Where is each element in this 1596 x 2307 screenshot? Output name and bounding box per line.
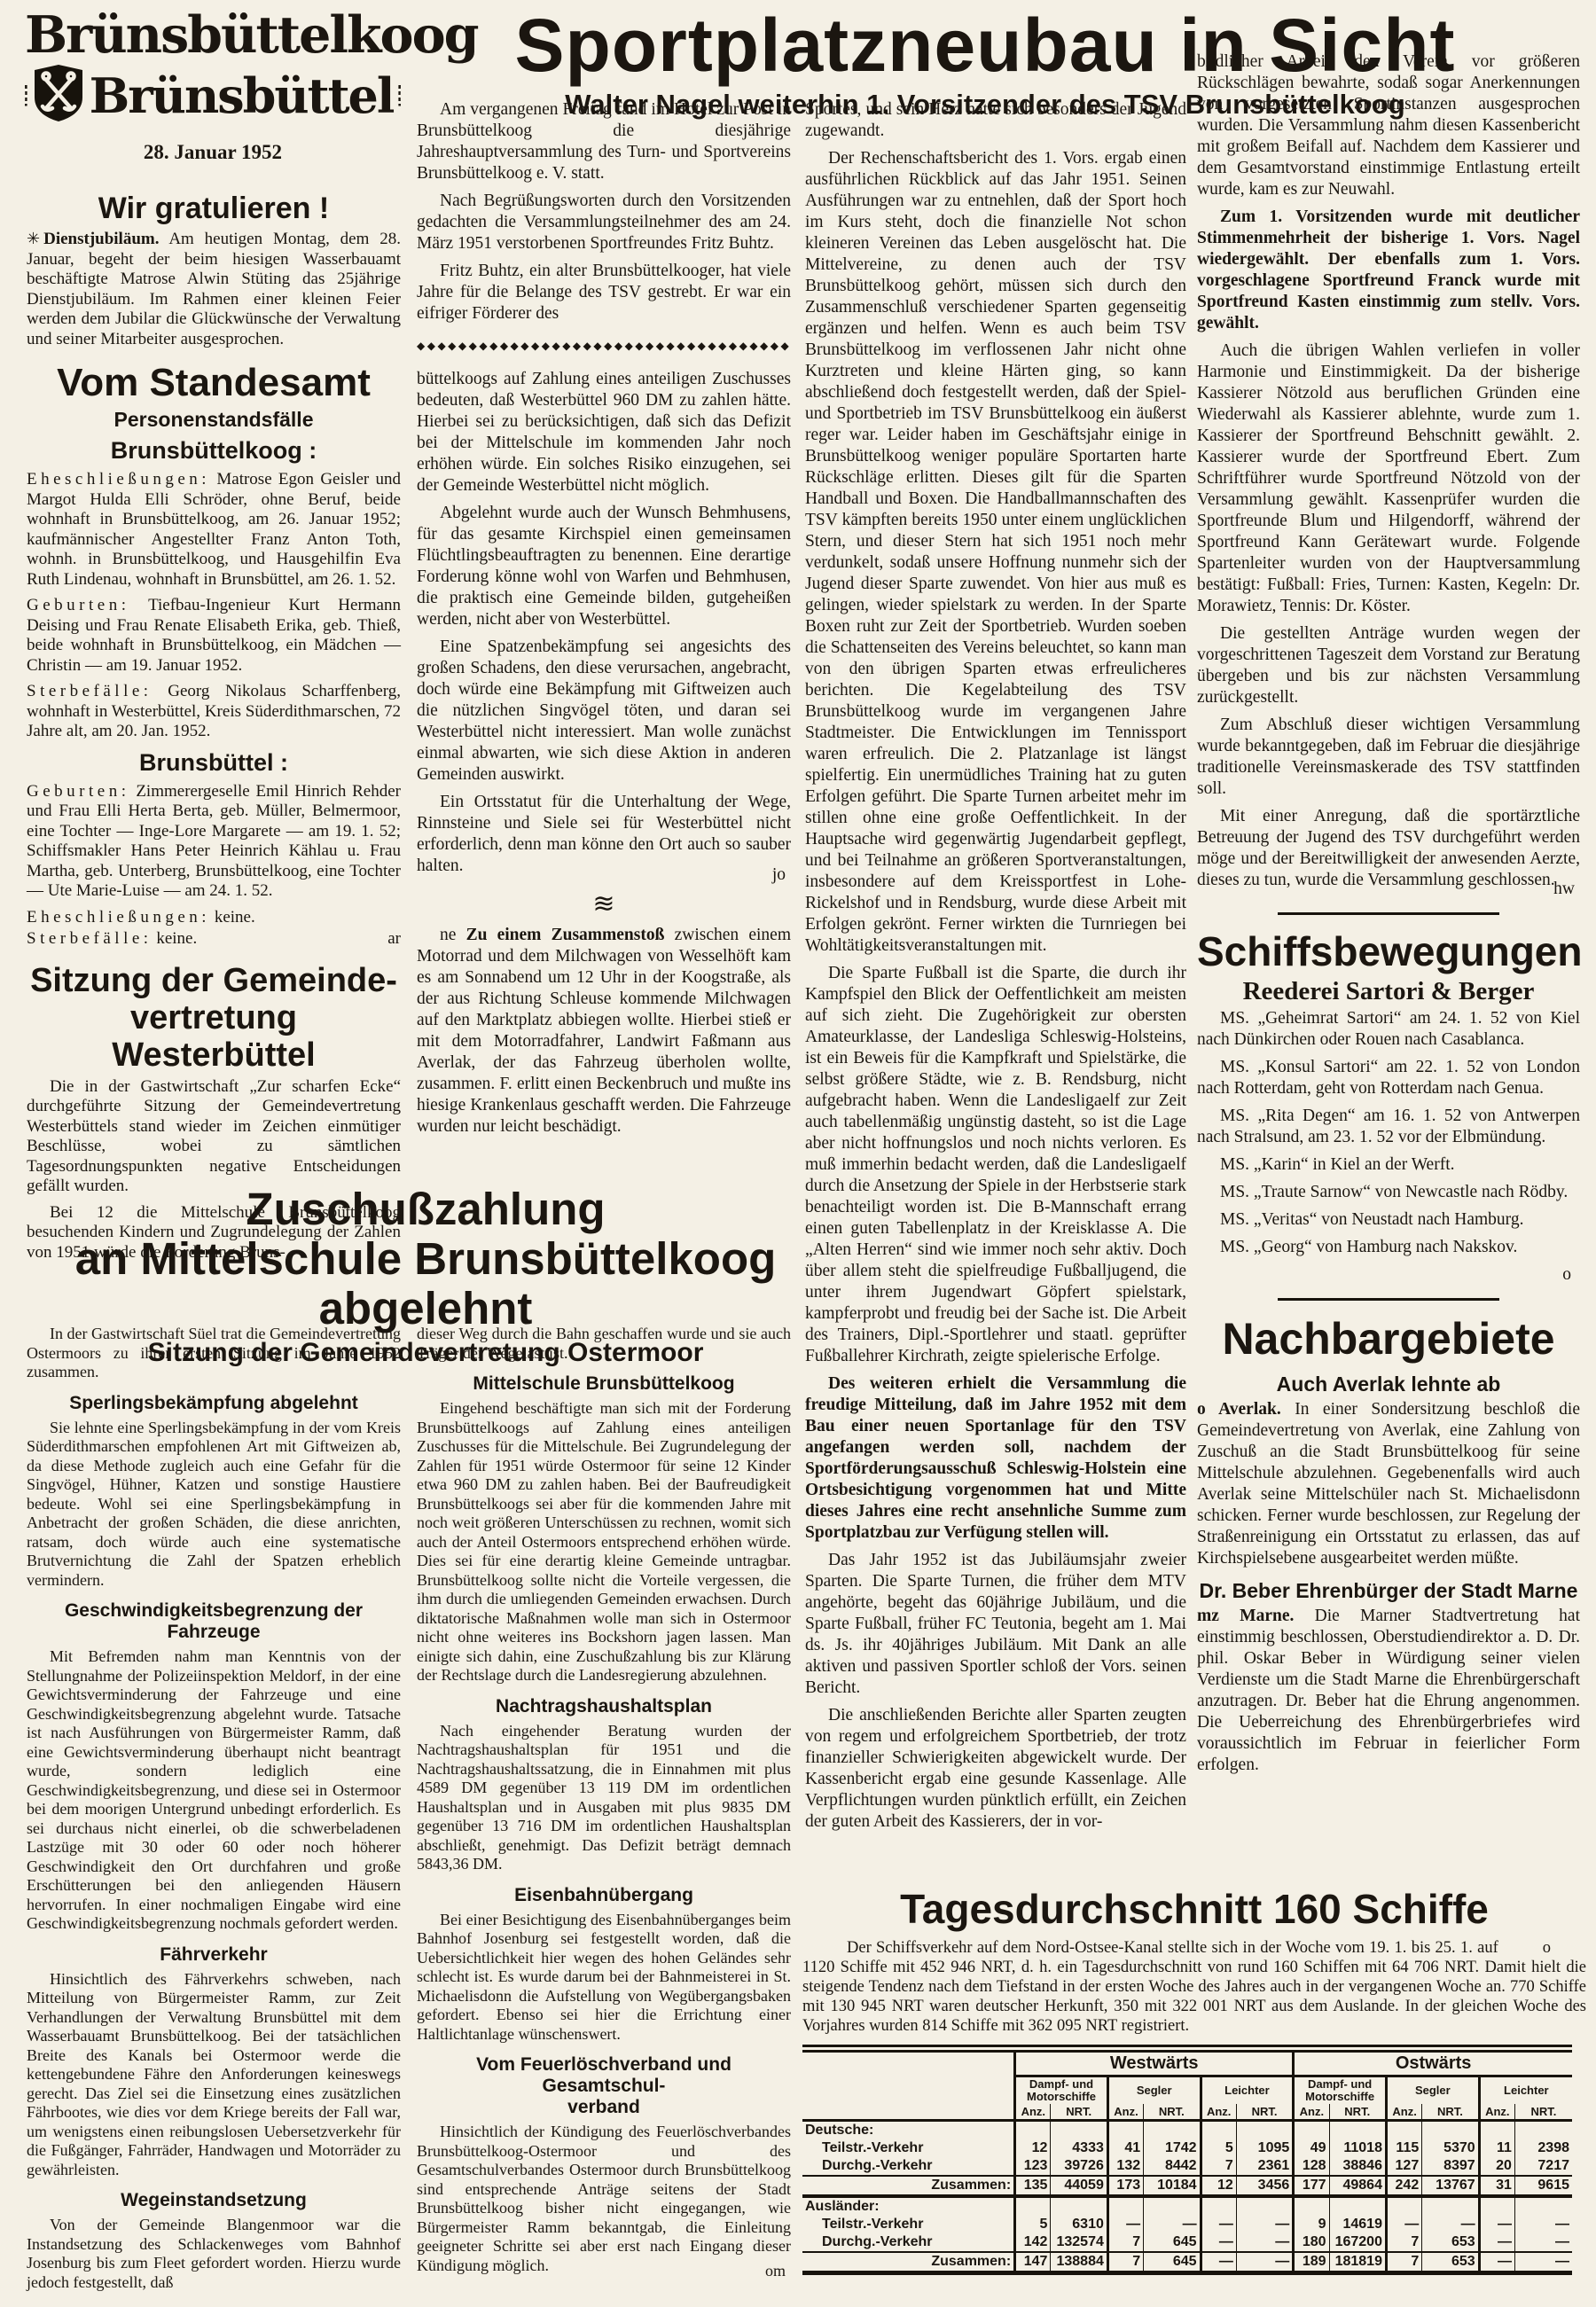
squiggle-divider: ≋ bbox=[417, 893, 791, 916]
registry-entry: Geburten: Tiefbau-Ingenieur Kurt Hermann… bbox=[27, 596, 401, 676]
registry-entry: arSterbefälle: keine. bbox=[27, 929, 401, 950]
article-paragraph: mz Marne. Die Marner Stadtvertretung hat… bbox=[1197, 1606, 1580, 1776]
article-paragraph: Hinsichtlich des Fährverkehrs schweben, … bbox=[27, 1970, 401, 2180]
registry-entry: Eheschließungen: Matrose Egon Geisler un… bbox=[27, 470, 401, 590]
article-paragraph: o Averlak. In einer Sondersitzung beschl… bbox=[1197, 1399, 1580, 1569]
article-paragraph: Auch die übrigen Wahlen verliefen in vol… bbox=[1197, 340, 1580, 617]
kanal-paragraph-wrap: oDer Schiffsverkehr auf dem Nord-Ostsee-… bbox=[802, 1938, 1586, 2036]
subhead-geschwindigkeitsbegrenzung: Geschwindigkeitsbegrenzung der Fahrzeuge bbox=[27, 1600, 401, 1643]
star-ornament-icon: ✳ bbox=[27, 230, 40, 247]
table-section-row: Ausländer: bbox=[802, 2196, 1572, 2216]
article-paragraph: Am vergangenen Freitag fand im Hotel zur… bbox=[417, 99, 791, 184]
kanal-section: Tagesdurchschnitt 160 Schiffe oDer Schif… bbox=[802, 1887, 1586, 2275]
newspaper-page: Brünsbüttelkoog Brünsbüttel bbox=[0, 0, 1596, 2307]
column-2-lower: dieser Weg durch die Bahn geschaffen wur… bbox=[417, 1325, 791, 2281]
correspondent-sig: jo bbox=[417, 864, 791, 886]
article-paragraph: oDer Schiffsverkehr auf dem Nord-Ostsee-… bbox=[802, 1938, 1586, 2036]
section-title-nachbargebiete: Nachbargebiete bbox=[1197, 1315, 1580, 1363]
subhead-faehrverkehr: Fährverkehr bbox=[27, 1944, 401, 1966]
place-heading-brunsbuettel: Brunsbüttel : bbox=[27, 748, 401, 777]
correspondent-sig: ar bbox=[387, 929, 401, 950]
subhead-mittelschule: Mittelschule Brunsbüttelkoog bbox=[417, 1373, 791, 1395]
ship-movement-item: MS. „Karin“ in Kiel an der Werft. bbox=[1197, 1154, 1580, 1176]
article-paragraph: Abgelehnt wurde auch der Wunsch Behmhuse… bbox=[417, 503, 791, 630]
article-paragraph: Das Jahr 1952 ist das Jubiläumsjahr zwei… bbox=[805, 1550, 1186, 1699]
column-1-lower: In der Gastwirtschaft Süel trat die Geme… bbox=[27, 1325, 401, 2297]
article-paragraph: Mit einer Anregung, daß die sportärztlic… bbox=[1197, 806, 1580, 891]
table-row: Teilstr.-Verkehr 56310 —— —— 914619 —— —… bbox=[802, 2216, 1572, 2233]
ship-movement-item: MS. „Konsul Sartori“ am 22. 1. 52 von Lo… bbox=[1197, 1057, 1580, 1099]
ship-movement-item: MS. „Rita Degen“ am 16. 1. 52 von Antwer… bbox=[1197, 1106, 1580, 1148]
table-row: Durchg.-Verkehr 142132574 7645 —— 180167… bbox=[802, 2233, 1572, 2252]
section-divider-rule bbox=[1278, 1298, 1499, 1301]
article-paragraph: büttelkoogs auf Zahlung eines anteiligen… bbox=[417, 369, 791, 497]
section-divider-rule bbox=[1278, 912, 1499, 915]
table-shiptype-header-row: Dampf- und Motorschiffe Segler Leichter … bbox=[802, 2076, 1572, 2105]
column-2-upper: Am vergangenen Freitag fand im Hotel zur… bbox=[417, 99, 791, 1144]
section-title-westerbuettel: Sitzung der Gemeinde- vertretung Westerb… bbox=[27, 962, 401, 1074]
article-paragraph: Der Rechenschaftsbericht des 1. Vors. er… bbox=[805, 148, 1186, 957]
registry-entry: Geburten: Zimmerergeselle Emil Hinrich R… bbox=[27, 782, 401, 902]
masthead: Brünsbüttelkoog Brünsbüttel bbox=[25, 9, 401, 164]
section-title-standesamt: Vom Standesamt bbox=[27, 362, 401, 404]
subhead-feuerloeschverband: Vom Feuerlöschverband und Gesamtschul- v… bbox=[417, 2054, 791, 2118]
section-subtitle: Personenstandsfälle bbox=[27, 408, 401, 431]
ship-movement-item: MS. „Geheimrat Sartori“ am 24. 1. 52 von… bbox=[1197, 1008, 1580, 1051]
article-paragraph: Eingehend beschäftigte man sich mit der … bbox=[417, 1399, 791, 1685]
issue-date: 28. Januar 1952 bbox=[25, 141, 401, 164]
table-row: Teilstr.-Verkehr 124333 411742 51095 491… bbox=[802, 2139, 1572, 2157]
column-4: bildlicher Arbeit den Verein vor größere… bbox=[1197, 51, 1580, 1782]
correspondent-sig: o bbox=[1498, 1938, 1586, 1958]
article-paragraph: Fritz Buhtz, ein alter Brunsbüttelkooger… bbox=[417, 261, 791, 325]
article-paragraph: ne Zu einem Zusammenstoß zwischen einem … bbox=[417, 925, 791, 1138]
ship-movement-item: MS. „Traute Sarnow“ von Newcastle nach R… bbox=[1197, 1182, 1580, 1203]
ship-movement-item: MS. „Georg“ von Hamburg nach Nakskov. bbox=[1197, 1237, 1580, 1258]
section-title-gratulieren: Wir gratulieren ! bbox=[27, 192, 401, 225]
article-paragraph: Die anschließenden Berichte aller Sparte… bbox=[805, 1705, 1186, 1833]
table-header-ostwaerts: Ostwärts bbox=[1294, 2049, 1572, 2076]
masthead-title-line2: Brünsbüttel bbox=[90, 69, 394, 122]
article-paragraph: Bei einer Besichtigung des Eisenbahnüber… bbox=[417, 1911, 791, 2045]
article-paragraph: Hinsichtlich der Kündigung des Feuerlösc… bbox=[417, 2123, 791, 2275]
article-paragraph: Von der Gemeinde Blangenmoor war die Ins… bbox=[27, 2216, 401, 2292]
article-paragraph-bold: Des weiteren erhielt die Versammlung die… bbox=[805, 1373, 1186, 1544]
section-title-schiffsbewegungen: Schiffsbewegungen bbox=[1197, 929, 1580, 974]
article-paragraph: Die gestellten Anträge wurden wegen der … bbox=[1197, 623, 1580, 708]
article-paragraph-bold: Zum 1. Vorsitzenden wurde mit deutlicher… bbox=[1197, 207, 1580, 334]
article-paragraph: bildlicher Arbeit den Verein vor größere… bbox=[1197, 51, 1580, 200]
ship-traffic-table: Westwärts Ostwärts Dampf- und Motorschif… bbox=[802, 2045, 1572, 2275]
registry-entry: Eheschließungen: keine. bbox=[27, 908, 401, 928]
article-paragraph: Sportes, und sein Herz hatte sich besond… bbox=[805, 99, 1186, 142]
table-section-row: Deutsche: bbox=[802, 2121, 1572, 2140]
subhead-eisenbahnuebergang: Eisenbahnübergang bbox=[417, 1885, 791, 1906]
column-3: Sportes, und sein Herz hatte sich besond… bbox=[805, 99, 1186, 1839]
article-paragraph: dieser Weg durch die Bahn geschaffen wur… bbox=[417, 1325, 791, 1363]
ship-movement-item: MS. „Veritas“ von Neustadt nach Hamburg. bbox=[1197, 1209, 1580, 1231]
zuschuss-title: Zuschußzahlung an Mittelschule Brunsbütt… bbox=[53, 1185, 798, 1333]
schiffe-subtitle: Reederei Sartori & Berger bbox=[1197, 977, 1580, 1006]
section-title-tagesdurchschnitt: Tagesdurchschnitt 160 Schiffe bbox=[802, 1887, 1586, 1931]
article-paragraph: In der Gastwirtschaft Süel trat die Geme… bbox=[27, 1325, 401, 1382]
table-row: Durchg.-Verkehr 12339726 1328442 72361 1… bbox=[802, 2157, 1572, 2176]
article-paragraph: Nach eingehender Beratung wurden der Nac… bbox=[417, 1722, 791, 1874]
subhead-dr-beber: Dr. Beber Ehrenbürger der Stadt Marne bbox=[1197, 1580, 1580, 1601]
table-total-row: Zusammen: 147138884 7645 —— 189181819 76… bbox=[802, 2252, 1572, 2273]
crest-anchors-icon bbox=[33, 64, 84, 127]
subhead-averlak: Auch Averlak lehnte ab bbox=[1197, 1373, 1580, 1395]
ribbon-icon bbox=[25, 85, 27, 106]
table-direction-header-row: Westwärts Ostwärts bbox=[802, 2049, 1572, 2076]
table-header-westwaerts: Westwärts bbox=[1015, 2049, 1294, 2076]
table-unit-header-row: Anz.NRT. Anz.NRT. Anz.NRT. Anz.NRT. Anz.… bbox=[802, 2104, 1572, 2121]
article-paragraph: Eine Spatzenbekämpfung sei angesichts de… bbox=[417, 637, 791, 786]
registry-entry: Sterbefälle: Georg Nikolaus Scharffenber… bbox=[27, 682, 401, 742]
column-1-upper: Wir gratulieren ! ✳Dienstjubiläum. Am he… bbox=[27, 192, 401, 1269]
article-paragraph: Die in der Gastwirtschaft „Zur scharfen … bbox=[27, 1077, 401, 1197]
article-paragraph: Mit Befremden nahm man Kenntnis von der … bbox=[27, 1647, 401, 1934]
diamond-divider: ◆◆◆◆◆◆◆◆◆◆◆◆◆◆◆◆◆◆◆◆◆◆◆◆◆◆◆◆◆◆◆◆◆◆◆◆◆◆◆◆… bbox=[417, 335, 791, 356]
article-paragraph: Nach Begrüßungsworten durch den Vorsitze… bbox=[417, 191, 791, 254]
article-paragraph: Zum Abschluß dieser wichtigen Versammlun… bbox=[1197, 715, 1580, 800]
article-paragraph: Sie lehnte eine Sperlingsbekämpfung in d… bbox=[27, 1419, 401, 1591]
subhead-nachtragshaushaltsplan: Nachtragshaushaltsplan bbox=[417, 1696, 791, 1717]
article-paragraph: Die Sparte Fußball ist die Sparte, die d… bbox=[805, 963, 1186, 1367]
article-paragraph: ✳Dienstjubiläum. Am heutigen Montag, dem… bbox=[27, 229, 401, 349]
table-total-row: Zusammen: 13544059 17310184 123456 17749… bbox=[802, 2176, 1572, 2196]
subhead-wegeinstandsetzung: Wegeinstandsetzung bbox=[27, 2190, 401, 2211]
masthead-title-line1: Brünsbüttelkoog bbox=[25, 9, 401, 62]
correspondent-sig: o bbox=[1197, 1264, 1580, 1286]
place-heading-brunsbuettelkoog: Brunsbüttelkoog : bbox=[27, 436, 401, 465]
subhead-sperlingsbekaempfung: Sperlingsbekämpfung abgelehnt bbox=[27, 1393, 401, 1414]
